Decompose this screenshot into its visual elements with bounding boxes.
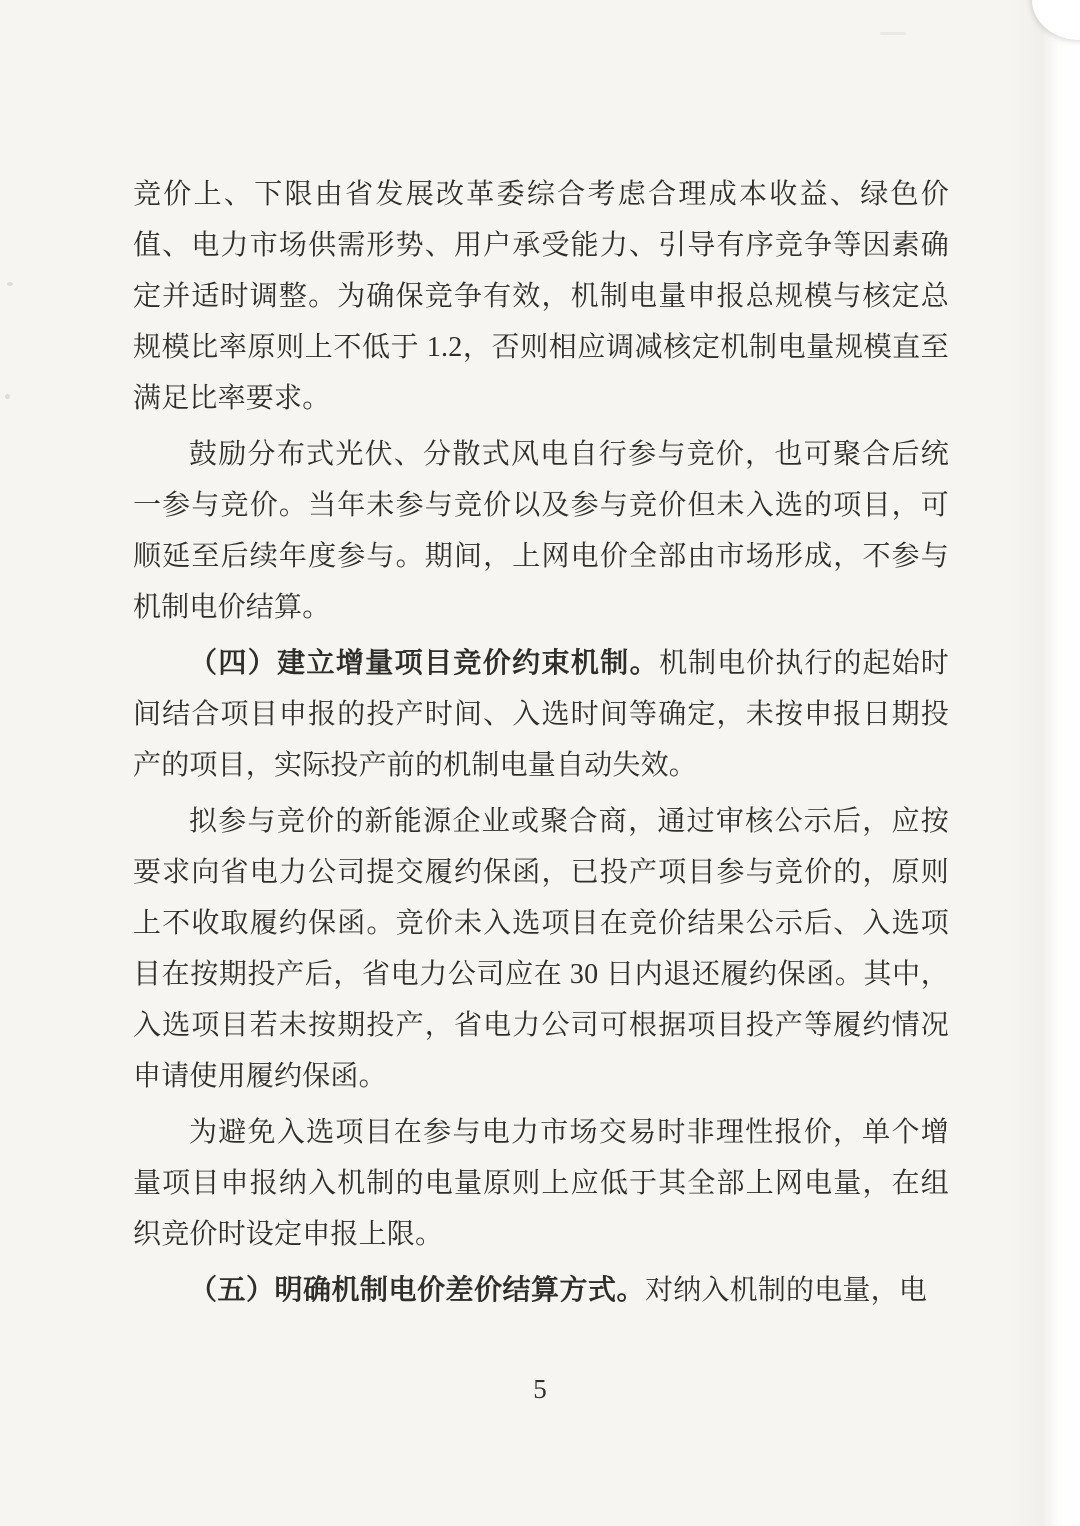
paragraph-text: 竞价上、下限由省发展改革委综合考虑合理成本收益、绿色价值、电力市场供需形势、用户… <box>133 179 949 414</box>
paragraph-text: 对纳入机制的电量，电 <box>645 1275 927 1306</box>
paragraph-text: 拟参与竞价的新能源企业或聚合商，通过审核公示后，应按要求向省电力公司提交履约保函… <box>133 806 949 1092</box>
paragraph: 鼓励分布式光伏、分散式风电自行参与竞价，也可聚合后统一参与竞价。当年未参与竞价以… <box>133 428 949 633</box>
paragraph-text: 鼓励分布式光伏、分散式风电自行参与竞价，也可聚合后统一参与竞价。当年未参与竞价以… <box>133 439 949 623</box>
paragraph: （五）明确机制电价差价结算方式。对纳入机制的电量，电 <box>133 1264 949 1316</box>
paragraph-lead: （五）明确机制电价差价结算方式。 <box>189 1274 645 1305</box>
paragraph: 为避免入选项目在参与电力市场交易时非理性报价，单个增量项目申报纳入机制的电量原则… <box>133 1106 949 1260</box>
page-corner-curl <box>1032 0 1080 40</box>
paragraph: 拟参与竞价的新能源企业或聚合商，通过审核公示后，应按要求向省电力公司提交履约保函… <box>133 795 949 1102</box>
scan-speck <box>7 282 13 286</box>
scan-speck <box>880 32 906 35</box>
document-page: 竞价上、下限由省发展改革委综合考虑合理成本收益、绿色价值、电力市场供需形势、用户… <box>0 0 1080 1526</box>
paragraph-text: 为避免入选项目在参与电力市场交易时非理性报价，单个增量项目申报纳入机制的电量原则… <box>133 1117 949 1250</box>
paragraph-lead: （四）建立增量项目竞价约束机制。 <box>189 647 659 678</box>
paragraph: 竞价上、下限由省发展改革委综合考虑合理成本收益、绿色价值、电力市场供需形势、用户… <box>133 168 949 424</box>
paragraph: （四）建立增量项目竞价约束机制。机制电价执行的起始时间结合项目申报的投产时间、入… <box>133 637 949 791</box>
document-body: 竞价上、下限由省发展改革委综合考虑合理成本收益、绿色价值、电力市场供需形势、用户… <box>133 168 949 1320</box>
page-number: 5 <box>0 1374 1080 1405</box>
scan-speck <box>5 394 10 399</box>
